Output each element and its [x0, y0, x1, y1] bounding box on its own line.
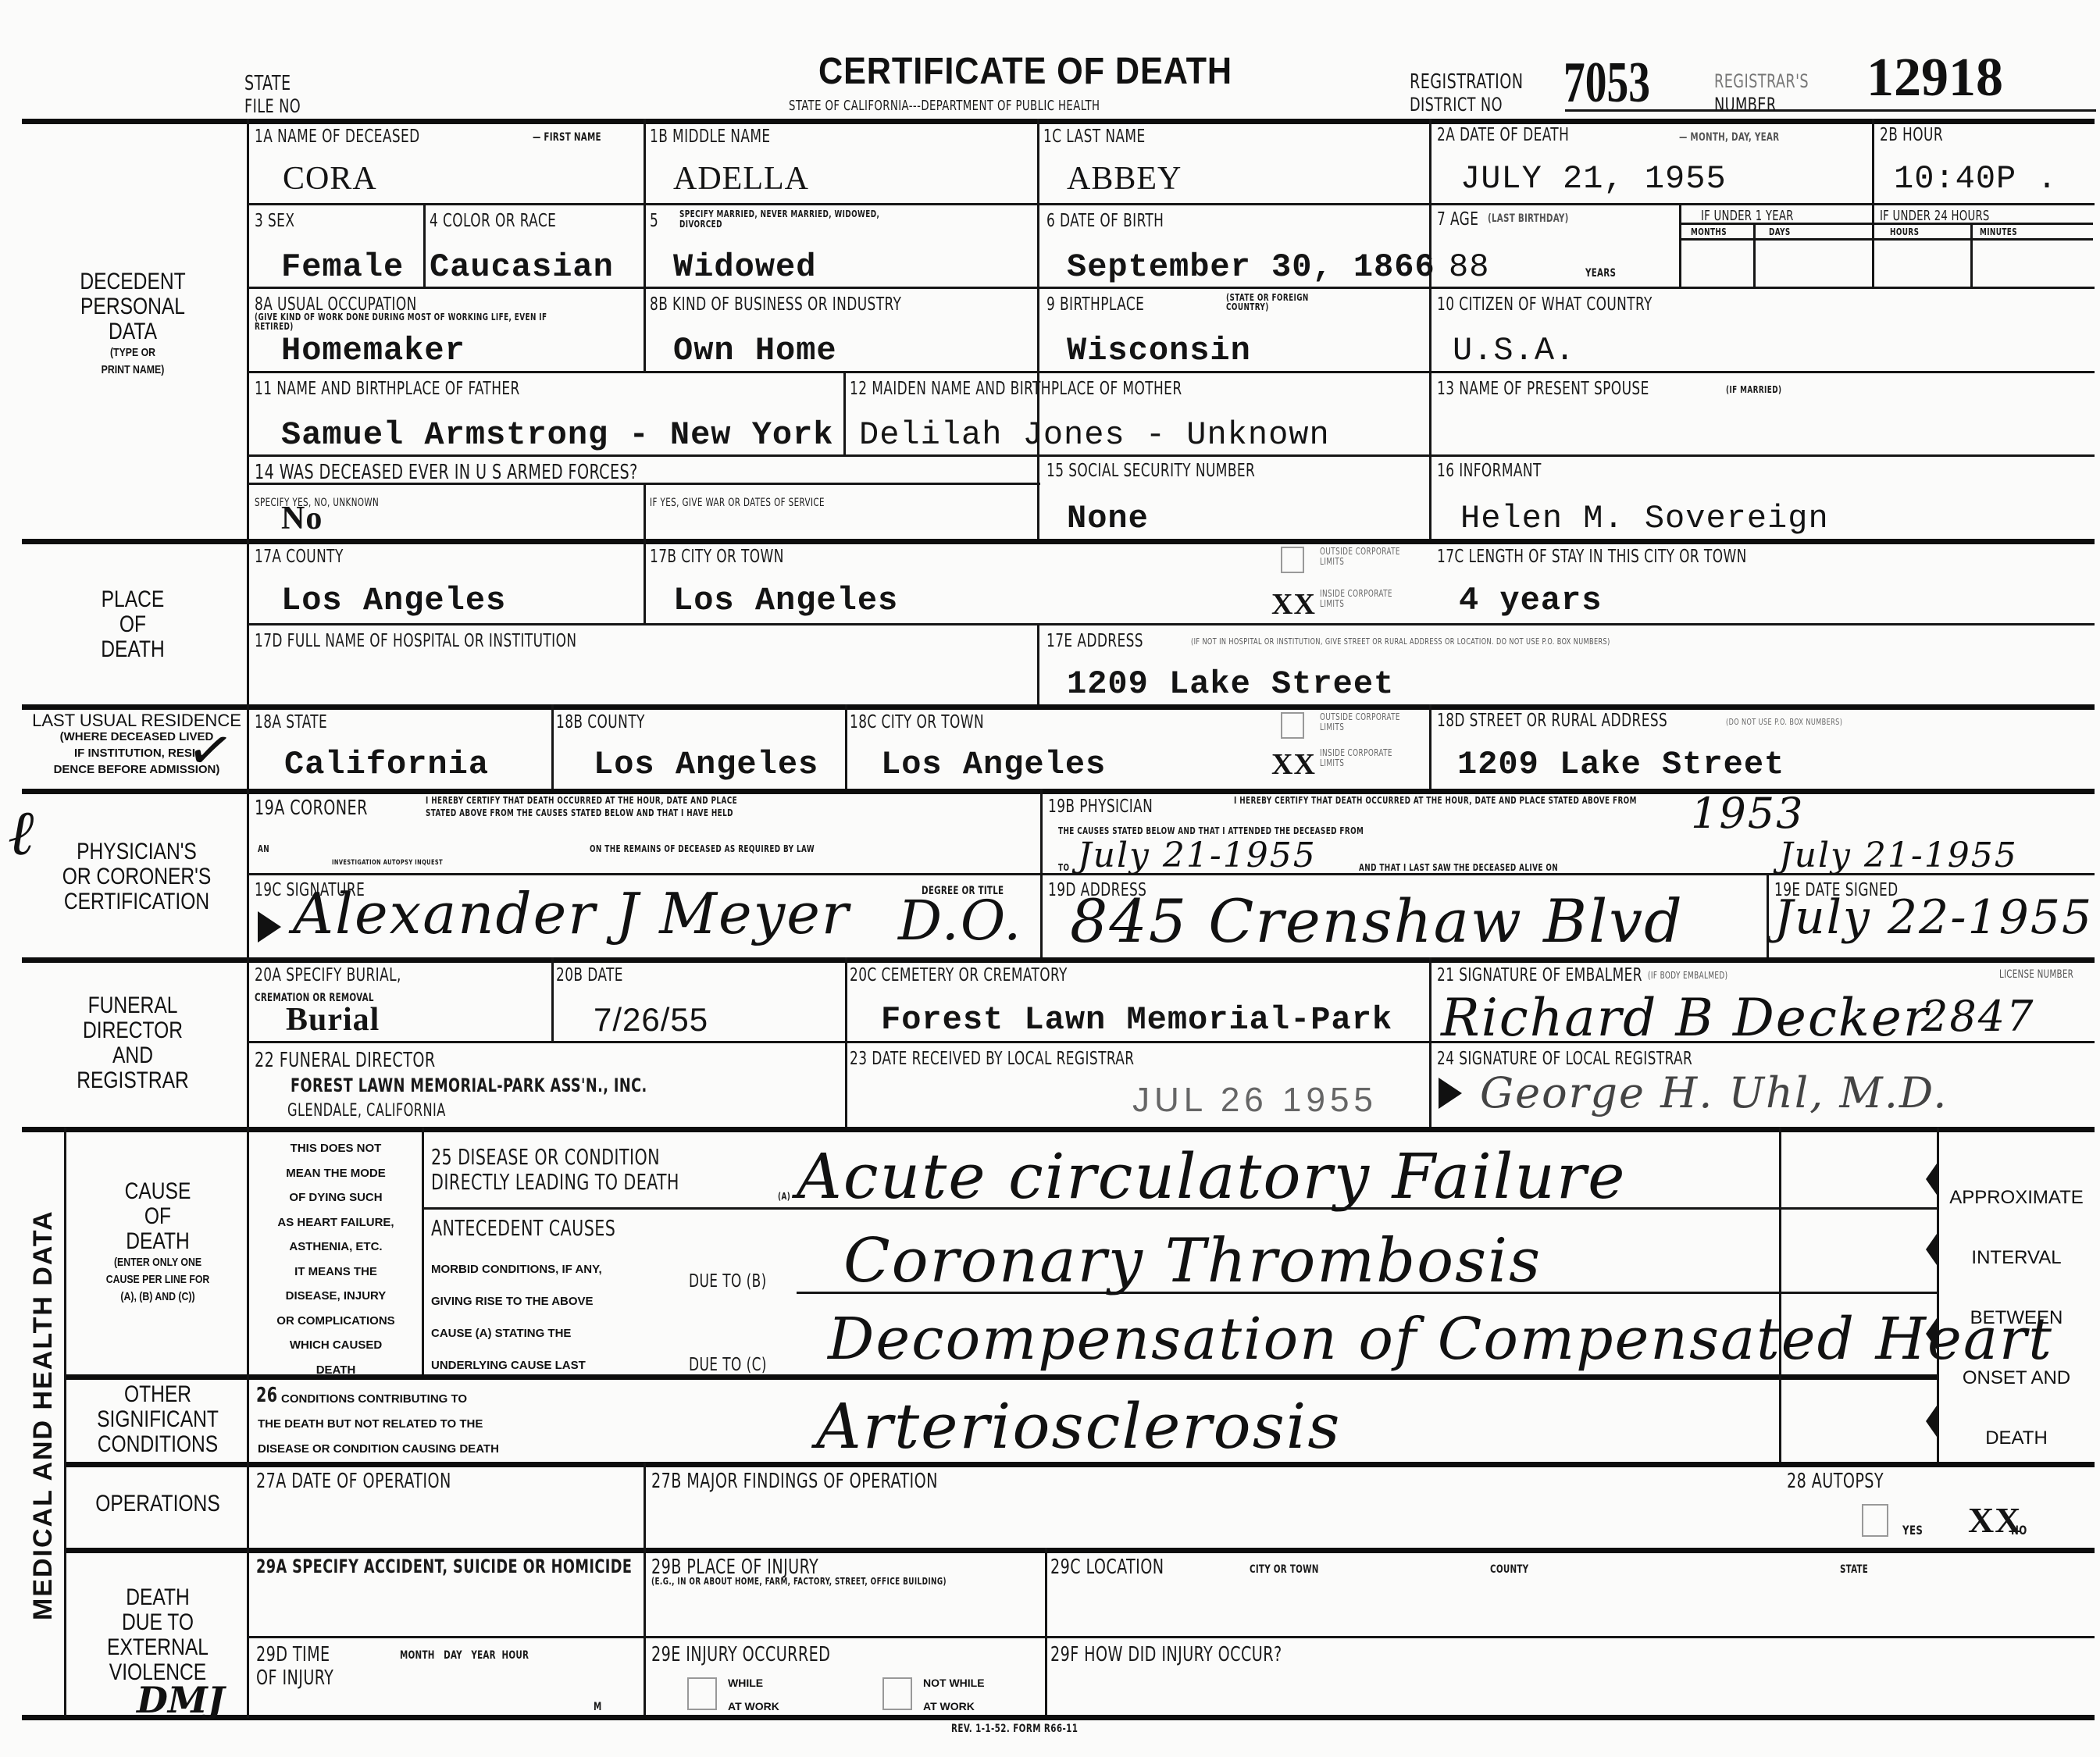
- f9-sub: (STATE OR FOREIGN COUNTRY): [1226, 293, 1316, 312]
- f19a-under: INVESTIGATION AUTOPSY INQUEST: [332, 859, 443, 867]
- f25-note-line: OF DYING SUCH: [251, 1185, 420, 1210]
- f13-label: 13 NAME OF PRESENT SPOUSE: [1437, 379, 1649, 399]
- rule-row1: [247, 203, 2095, 205]
- section-cause-line: DEATH: [87, 1229, 228, 1254]
- f22-label: 22 FUNERAL DIRECTOR: [255, 1049, 436, 1072]
- f17b-inside-label: INSIDE CORPORATE LIMITS: [1320, 589, 1416, 609]
- f19b-text2: THE CAUSES STATED BELOW AND THAT I ATTEN…: [1058, 825, 1364, 836]
- f7-under-24-hours: IF UNDER 24 HOURS: [1880, 208, 1990, 224]
- section-cause-line: CAUSE: [87, 1179, 228, 1204]
- f17d-label: 17D FULL NAME OF HOSPITAL OR INSTITUTION: [255, 631, 576, 651]
- f8a-occupation: Homemaker: [281, 332, 465, 369]
- f25-a-mark: (A): [778, 1191, 790, 1202]
- vrule-18d: [1429, 704, 1431, 789]
- state-file-label: STATE: [244, 72, 291, 95]
- section-medical-vertical: MEDICAL AND HEALTH DATA: [28, 1210, 59, 1620]
- interval-arrow-icon: [1926, 1318, 1937, 1349]
- section-decedent-line: DECEDENT: [62, 269, 203, 294]
- f7-minutes: MINUTES: [1980, 226, 2017, 237]
- f23-label: 23 DATE RECEIVED BY LOCAL REGISTRAR: [850, 1049, 1135, 1069]
- f17e-label: 17E ADDRESS: [1046, 631, 1143, 651]
- f25-cause-a: Acute circulatory Failure: [797, 1140, 1627, 1213]
- rule-violence2: [247, 1636, 2095, 1638]
- f17b-city: Los Angeles: [673, 582, 898, 619]
- vrule-18b: [551, 704, 554, 789]
- f7-unit: YEARS: [1585, 267, 1616, 280]
- vrule-19b: [1040, 789, 1043, 957]
- registrar-arrow-icon: [1439, 1078, 1462, 1109]
- f20a-disposition: Burial: [286, 1001, 380, 1039]
- rule-medical: [22, 1127, 2095, 1132]
- f24-registrar-signature: George H. Uhl, M.D.: [1480, 1068, 1948, 1117]
- f1c-last-name: ABBEY: [1067, 160, 1182, 198]
- f11-father: Samuel Armstrong - New York: [281, 416, 834, 454]
- section-cause: CAUSE OF DEATH (ENTER ONLY ONE CAUSE PER…: [87, 1179, 228, 1306]
- f18b-county: Los Angeles: [594, 746, 818, 783]
- violence-initials: DMJ: [137, 1679, 225, 1721]
- f18a-label: 18A STATE: [255, 712, 327, 732]
- f19c-signature: Alexander J Meyer: [293, 881, 850, 946]
- rule-age-sub2: [1679, 238, 2093, 241]
- section-violence-line: EXTERNAL: [87, 1635, 228, 1660]
- f18c-outside-label: OUTSIDE CORPORATE LIMITS: [1320, 712, 1416, 732]
- f16-informant: Helen M. Sovereign: [1460, 500, 1829, 537]
- section-other: OTHER SIGNIFICANT CONDITIONS: [87, 1382, 228, 1457]
- district-label: DISTRICT NO: [1410, 94, 1503, 116]
- f8b-label: 8B KIND OF BUSINESS OR INDUSTRY: [650, 294, 901, 315]
- f17c-length-of-stay: 4 years: [1459, 582, 1602, 619]
- certificate-subtitle: STATE OF CALIFORNIA---DEPARTMENT OF PUBL…: [789, 98, 1100, 114]
- f26-label: 26: [256, 1384, 278, 1407]
- section-cause-note: CAUSE PER LINE FOR: [87, 1271, 228, 1288]
- f16-label: 16 INFORMANT: [1437, 461, 1542, 481]
- section-decedent: DECEDENT PERSONAL DATA (TYPE OR PRINT NA…: [62, 269, 203, 379]
- section-decedent-line: PERSONAL: [62, 294, 203, 319]
- f29e-not-while-checkbox[interactable]: [882, 1677, 912, 1710]
- f3-sex: Female: [281, 248, 404, 286]
- f19a-label: 19A CORONER: [255, 797, 368, 820]
- f25-note: THIS DOES NOT MEAN THE MODE OF DYING SUC…: [251, 1136, 420, 1382]
- f29d-label1: 29D TIME: [256, 1643, 330, 1666]
- interval-line: ONSET AND: [1938, 1348, 2095, 1408]
- registrar-label: REGISTRAR'S: [1714, 70, 1809, 92]
- f18c-label: 18C CITY OR TOWN: [850, 712, 984, 732]
- vrule-18c: [845, 704, 847, 789]
- f5-label: 5: [650, 211, 658, 231]
- f25-note-line: WHICH CAUSED: [251, 1333, 420, 1358]
- vrule-29c: [1045, 1548, 1047, 1715]
- f20c-label: 20C CEMETERY OR CREMATORY: [850, 965, 1068, 985]
- f2a-date-of-death: JULY 21, 1955: [1460, 160, 1727, 198]
- section-place-line: OF: [62, 612, 203, 637]
- f1b-label: 1B MIDDLE NAME: [650, 127, 771, 147]
- f2b-hour: 10:40P .: [1894, 160, 2058, 198]
- section-physician-line: OR CORONER'S: [53, 864, 219, 889]
- f25-antecedent-note: MORBID CONDITIONS, IF ANY, GIVING RISE T…: [431, 1253, 602, 1381]
- f9-label: 9 BIRTHPLACE: [1046, 294, 1144, 315]
- f19e-date-signed: July 22-1955: [1774, 890, 2093, 945]
- f29e-notwhile-line: AT WORK: [923, 1695, 985, 1718]
- vrule-medical: [64, 1127, 66, 1716]
- section-violence-line: DEATH: [87, 1585, 228, 1610]
- registration-underline: [1565, 109, 2096, 112]
- section-physician-line: CERTIFICATION: [53, 889, 219, 914]
- section-place-line: DEATH: [62, 637, 203, 662]
- f25-ante-line: UNDERLYING CAUSE LAST: [431, 1349, 602, 1381]
- f3-label: 3 SEX: [255, 211, 294, 231]
- registration-label: REGISTRATION: [1410, 70, 1523, 94]
- section-cause-line: OF: [87, 1204, 228, 1229]
- f26-text: CONDITIONS CONTRIBUTING TO: [281, 1387, 467, 1412]
- f19b-attended-to: July 21-1955: [1078, 836, 1317, 875]
- f25-note-line: MEAN THE MODE: [251, 1161, 420, 1186]
- vrule-20b: [551, 957, 554, 1041]
- f25-note-line: THIS DOES NOT: [251, 1136, 420, 1161]
- section-funeral-line: AND: [62, 1043, 203, 1068]
- f28-yes-checkbox[interactable]: [1862, 1504, 1888, 1537]
- f13-sub: (IF MARRIED): [1726, 384, 1781, 395]
- f25-label2: DIRECTLY LEADING TO DEATH: [431, 1169, 679, 1195]
- interval-line: BETWEEN: [1938, 1288, 2095, 1348]
- rule-place: [22, 539, 2095, 544]
- f26-text-line: DISEASE OR CONDITION CAUSING DEATH: [258, 1437, 499, 1462]
- interval-arrow-icon: [1926, 1164, 1937, 1195]
- f14-label: 14 WAS DECEASED EVER IN U S ARMED FORCES…: [255, 461, 638, 484]
- f21-embalmer-signature: Richard B Decker: [1441, 988, 1929, 1048]
- f1a-label: 1A NAME OF DECEASED: [255, 127, 420, 147]
- vrule-20c: [845, 957, 847, 1127]
- f20c-cemetery: Forest Lawn Memorial-Park: [881, 1001, 1392, 1039]
- rule-funeral: [22, 957, 2095, 963]
- state-file-no-label: FILE NO: [244, 95, 301, 117]
- rule-residence: [22, 704, 2095, 710]
- f17e-sub: (IF NOT IN HOSPITAL OR INSTITUTION, GIVE…: [1191, 636, 1610, 647]
- f8b-industry: Own Home: [673, 332, 837, 369]
- f19b-last-seen: July 21-1955: [1779, 836, 2018, 875]
- section-decedent-line: DATA: [62, 319, 203, 344]
- f17a-county: Los Angeles: [281, 582, 506, 619]
- section-operations: OPERATIONS: [87, 1491, 228, 1516]
- f18d-street: 1209 Lake Street: [1457, 746, 1784, 783]
- f7-sub: (LAST BIRTHDAY): [1488, 212, 1569, 225]
- interval-label: APPROXIMATE INTERVAL BETWEEN ONSET AND D…: [1938, 1167, 2095, 1468]
- f29b-sub: (E.G., IN OR ABOUT HOME, FARM, FACTORY, …: [651, 1576, 972, 1587]
- f24-label: 24 SIGNATURE OF LOCAL REGISTRAR: [1437, 1049, 1692, 1069]
- f7-hours: HOURS: [1890, 226, 1919, 237]
- vrule-1c: [1037, 119, 1039, 539]
- vrule-12: [843, 371, 846, 454]
- section-cause-note: (ENTER ONLY ONE: [87, 1254, 228, 1271]
- f18c-inside-label: INSIDE CORPORATE LIMITS: [1320, 748, 1416, 768]
- section-physician-line: PHYSICIAN'S: [53, 839, 219, 864]
- f17a-label: 17A COUNTY: [255, 547, 344, 567]
- f29c-label: 29C LOCATION: [1050, 1556, 1164, 1579]
- section-cause-note: (A), (B) AND (C)): [87, 1288, 228, 1306]
- f26-text-line: THE DEATH BUT NOT RELATED TO THE: [258, 1412, 499, 1437]
- f7-label: 7 AGE: [1437, 209, 1478, 230]
- f11-label: 11 NAME AND BIRTHPLACE OF FATHER: [255, 379, 520, 399]
- vrule-19e: [1767, 873, 1769, 957]
- f19b-text3: AND THAT I LAST SAW THE DECEASED ALIVE O…: [1359, 862, 1558, 873]
- section-funeral-line: REGISTRAR: [62, 1068, 203, 1093]
- f19a-text3: ON THE REMAINS OF DECEASED AS REQUIRED B…: [590, 843, 815, 854]
- f29d-cols: MONTH DAY YEAR HOUR: [400, 1649, 529, 1662]
- vrule-main: [247, 119, 249, 1718]
- f7-months: MONTHS: [1691, 226, 1727, 237]
- section-violence: DEATH DUE TO EXTERNAL VIOLENCE: [87, 1585, 228, 1685]
- f29e-while-line: WHILE: [728, 1671, 779, 1695]
- f18c-city: Los Angeles: [881, 746, 1106, 783]
- section-other-line: SIGNIFICANT: [87, 1407, 228, 1432]
- vrule-14b: [644, 483, 646, 539]
- f19d-address: 845 Crenshaw Blvd: [1070, 886, 1684, 956]
- section-place: PLACE OF DEATH: [62, 587, 203, 662]
- f1c-label: 1C LAST NAME: [1043, 127, 1146, 147]
- f19a-text2: STATED ABOVE FROM THE CAUSES STATED BELO…: [426, 807, 733, 818]
- certificate-title: CERTIFICATE OF DEATH: [818, 50, 1232, 93]
- f25-ante-line: MORBID CONDITIONS, IF ANY,: [431, 1253, 602, 1285]
- f12-label: 12 MAIDEN NAME AND BIRTHPLACE OF MOTHER: [850, 379, 1182, 399]
- rule-operations: [64, 1462, 2095, 1467]
- vrule-17e: [1037, 623, 1039, 704]
- f7-days: DAYS: [1769, 226, 1791, 237]
- f14-sub2: IF YES, GIVE WAR OR DATES OF SERVICE: [650, 497, 825, 509]
- f25-note-line: DEATH: [251, 1358, 420, 1383]
- section-funeral: FUNERAL DIRECTOR AND REGISTRAR: [62, 993, 203, 1093]
- vrule-28: [1779, 1374, 1781, 1462]
- f6-date-of-birth: September 30, 1866: [1067, 248, 1435, 286]
- form-revision: REV. 1-1-52. FORM R66-11: [951, 1723, 1078, 1735]
- f29c-city: CITY OR TOWN: [1250, 1563, 1319, 1576]
- rule-violence: [64, 1548, 2095, 1553]
- f20a-label: 20A SPECIFY BURIAL,: [255, 965, 401, 985]
- f28-yes-label: YES: [1902, 1523, 1923, 1538]
- vrule-2a: [1429, 119, 1431, 539]
- rule-row2: [247, 287, 2095, 289]
- f25-due-b: DUE TO (B): [689, 1271, 767, 1292]
- f27a-label: 27A DATE OF OPERATION: [256, 1470, 451, 1493]
- registrar-number: 12918: [1866, 47, 2003, 109]
- f4-race: Caucasian: [430, 248, 614, 286]
- interval-line: APPROXIMATE: [1938, 1167, 2095, 1228]
- f8a-sub: (GIVE KIND OF WORK DONE DURING MOST OF W…: [255, 312, 587, 331]
- f1a-first-name: CORA: [283, 160, 377, 198]
- f7-age: 88: [1449, 248, 1489, 286]
- f18a-state: California: [284, 746, 489, 783]
- vrule-17b: [644, 539, 646, 623]
- f7-under-1-year: IF UNDER 1 YEAR: [1701, 208, 1794, 224]
- f29d-m: M: [594, 1701, 602, 1713]
- rule-bottom: [22, 1715, 2095, 1720]
- f2a-label: 2A DATE OF DEATH: [1437, 125, 1569, 145]
- f28-no-label: NO: [2011, 1523, 2027, 1538]
- f29e-while-label: WHILE AT WORK: [728, 1671, 779, 1718]
- f20b-label: 20B DATE: [556, 965, 623, 985]
- f12-mother: Delilah Jones - Unknown: [859, 416, 1330, 454]
- f25-cause-b: Coronary Thrombosis: [843, 1226, 1542, 1296]
- f28-label: 28 AUTOPSY: [1787, 1470, 1884, 1493]
- vrule-age: [1679, 203, 1681, 287]
- f15-ssn: None: [1067, 500, 1149, 537]
- registrar-number-label: NUMBER: [1714, 94, 1777, 116]
- section-violence-line: DUE TO: [87, 1610, 228, 1635]
- interval-arrow-icon: [1926, 1406, 1937, 1437]
- f6-label: 6 DATE OF BIRTH: [1046, 211, 1164, 231]
- f18c-outside-checkbox[interactable]: [1281, 712, 1304, 739]
- vrule-minutes: [1970, 223, 1973, 287]
- section-other-line: CONDITIONS: [87, 1432, 228, 1457]
- vrule-27b: [644, 1462, 646, 1715]
- f25-note-line: DISEASE, INJURY: [251, 1284, 420, 1309]
- f25-note-line: ASTHENIA, ETC.: [251, 1235, 420, 1260]
- f25-label1: 25 DISEASE OR CONDITION: [431, 1144, 660, 1170]
- f17b-label: 17B CITY OR TOWN: [650, 547, 784, 567]
- f19b-text1: I HEREBY CERTIFY THAT DEATH OCCURRED AT …: [1234, 795, 1637, 806]
- f19a-text1: I HEREBY CERTIFY THAT DEATH OCCURRED AT …: [426, 795, 737, 806]
- f29e-notwhile-line: NOT WHILE: [923, 1671, 985, 1695]
- district-number: 7053: [1563, 50, 1650, 116]
- section-other-line: OTHER: [87, 1382, 228, 1407]
- f25-note-line: AS HEART FAILURE,: [251, 1210, 420, 1235]
- section-funeral-line: DIRECTOR: [62, 1018, 203, 1043]
- f1b-middle-name: ADELLA: [673, 160, 809, 198]
- f19a-an: AN: [258, 843, 269, 854]
- f29d-label2: OF INJURY: [256, 1666, 333, 1690]
- f25-ante-line: CAUSE (A) STATING THE: [431, 1317, 602, 1349]
- f18d-sub: (DO NOT USE P.O. BOX NUMBERS): [1726, 717, 1842, 727]
- f5-marital-status: Widowed: [673, 248, 816, 286]
- f19b-attended-from: 1953: [1691, 789, 1804, 838]
- f26-text-line: CONDITIONS CONTRIBUTING TO: [281, 1387, 467, 1412]
- f14-armed-forces: No: [281, 500, 323, 537]
- f17b-outside-label: OUTSIDE CORPORATE LIMITS: [1320, 547, 1416, 567]
- f17c-label: 17C LENGTH OF STAY IN THIS CITY OR TOWN: [1437, 547, 1747, 567]
- f25-ante-line: GIVING RISE TO THE ABOVE: [431, 1285, 602, 1317]
- f21-label: 21 SIGNATURE OF EMBALMER: [1437, 965, 1642, 985]
- section-physician: PHYSICIAN'S OR CORONER'S CERTIFICATION: [53, 839, 219, 914]
- f29c-state: STATE: [1840, 1563, 1868, 1576]
- vrule-21: [1429, 957, 1431, 1127]
- rule-top: [22, 119, 2095, 124]
- section-place-line: PLACE: [62, 587, 203, 612]
- f29e-not-while-label: NOT WHILE AT WORK: [923, 1671, 985, 1718]
- f21-license-label: LICENSE NUMBER: [1999, 968, 2073, 981]
- f29f-label: 29F HOW DID INJURY OCCUR?: [1050, 1643, 1282, 1666]
- f10-citizenship: U.S.A.: [1453, 332, 1575, 369]
- f18d-label: 18D STREET OR RURAL ADDRESS: [1437, 711, 1667, 731]
- f17b-outside-checkbox[interactable]: [1281, 547, 1304, 573]
- vrule-5: [644, 203, 646, 371]
- cert-margin-mark: ℓ: [8, 797, 34, 870]
- vrule-2b: [1872, 119, 1874, 287]
- f17b-inside-mark[interactable]: XX: [1271, 587, 1316, 622]
- rule-place2: [247, 623, 2095, 625]
- f18c-inside-mark[interactable]: XX: [1271, 747, 1316, 782]
- f22-funeral-director: FOREST LAWN MEMORIAL-PARK ASS'N., INC.: [291, 1075, 647, 1096]
- f19b-to-label: TO: [1058, 862, 1069, 873]
- f18b-label: 18B COUNTY: [556, 712, 645, 732]
- f25-due-c: DUE TO (C): [689, 1355, 767, 1375]
- vrule-cause-note: [422, 1127, 424, 1374]
- f21-license-number: 2847: [1921, 992, 2034, 1041]
- f20b-date: 7/26/55: [594, 1001, 708, 1039]
- f26-text-more: THE DEATH BUT NOT RELATED TO THE DISEASE…: [258, 1412, 499, 1462]
- f22-funeral-location: GLENDALE, CALIFORNIA: [287, 1101, 446, 1121]
- f27b-label: 27B MAJOR FINDINGS OF OPERATION: [651, 1470, 938, 1493]
- f29a-label: 29A SPECIFY ACCIDENT, SUICIDE OR HOMICID…: [256, 1556, 632, 1577]
- f19b-label: 19B PHYSICIAN: [1048, 797, 1153, 817]
- f21-sub: (IF BODY EMBALMED): [1648, 970, 1728, 981]
- rule-row4: [247, 454, 2095, 457]
- f25-note-line: OR COMPLICATIONS: [251, 1309, 420, 1334]
- f29e-while-checkbox[interactable]: [687, 1677, 717, 1710]
- section-decedent-note: PRINT NAME): [62, 362, 203, 379]
- signature-arrow-icon: [258, 911, 281, 943]
- section-funeral-line: FUNERAL: [62, 993, 203, 1018]
- f25-antecedent: ANTECEDENT CAUSES: [431, 1215, 615, 1241]
- vrule-days: [1753, 223, 1756, 287]
- f19c-degree: D.O.: [898, 889, 1022, 953]
- rule-row3: [247, 371, 2095, 373]
- f25-cause-c: Decompensation of Compensated Heart: [828, 1306, 2053, 1373]
- vrule-1b: [644, 119, 646, 203]
- vrule-4: [423, 203, 426, 287]
- interval-line: DEATH: [1938, 1408, 2095, 1468]
- f29e-while-line: AT WORK: [728, 1695, 779, 1718]
- f2a-sub: — MONTH, DAY, YEAR: [1679, 131, 1779, 144]
- f25-note-line: IT MEANS THE: [251, 1260, 420, 1285]
- interval-line: INTERVAL: [1938, 1228, 2095, 1288]
- f9-birthplace: Wisconsin: [1067, 332, 1251, 369]
- f1a-sub: — FIRST NAME: [533, 131, 601, 144]
- interval-arrow-icon: [1926, 1234, 1937, 1265]
- f15-label: 15 SOCIAL SECURITY NUMBER: [1046, 461, 1255, 481]
- f4-label: 4 COLOR OR RACE: [430, 211, 556, 231]
- section-decedent-note: (TYPE OR: [62, 344, 203, 362]
- f10-label: 10 CITIZEN OF WHAT COUNTRY: [1437, 294, 1653, 315]
- f29e-label: 29E INJURY OCCURRED: [651, 1643, 830, 1666]
- f2b-label: 2B HOUR: [1880, 125, 1943, 145]
- f17e-address: 1209 Lake Street: [1067, 665, 1394, 703]
- f29c-county: COUNTY: [1490, 1563, 1528, 1576]
- f5-sub: SPECIFY MARRIED, NEVER MARRIED, WIDOWED,…: [679, 209, 891, 230]
- f23-date-received: JUL 26 1955: [1132, 1081, 1378, 1120]
- f26-other-conditions: Arteriosclerosis: [816, 1390, 1341, 1463]
